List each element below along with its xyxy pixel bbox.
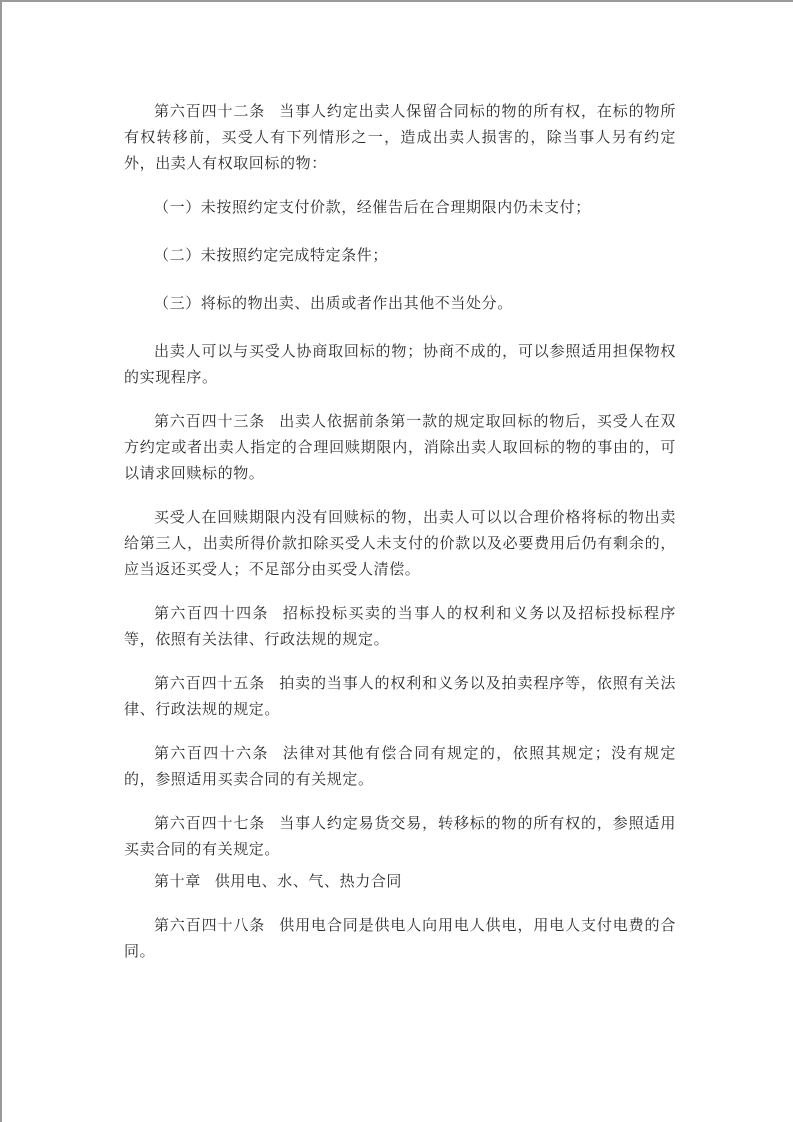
article-642: 第六百四十二条当事人约定出卖人保留合同标的物的所有权，在标的物所有权转移前，买受… xyxy=(124,98,676,176)
chapter-title: 供用电、水、气、热力合同 xyxy=(215,872,402,890)
article-number: 第六百四十四条 xyxy=(154,604,269,622)
article-number: 第六百四十五条 xyxy=(154,674,265,692)
article-number: 第六百四十八条 xyxy=(154,916,265,934)
article-number: 第六百四十六条 xyxy=(154,744,269,762)
article-643: 第六百四十三条出卖人依据前条第一款的规定取回标的物后，买受人在双方约定或者出卖人… xyxy=(124,408,676,486)
article-648: 第六百四十八条供用电合同是供电人向用电人供电，用电人支付电费的合同。 xyxy=(124,912,676,964)
article-number: 第六百四十三条 xyxy=(154,412,265,430)
article-647: 第六百四十七条当事人约定易货交易，转移标的物的所有权的，参照适用买卖合同的有关规… xyxy=(124,810,676,862)
list-item-1: （一）未按照约定支付价款，经催告后在合理期限内仍未支付； xyxy=(124,194,676,220)
article-644: 第六百四十四条招标投标买卖的当事人的权利和义务以及招标投标程序等，依照有关法律、… xyxy=(124,600,676,652)
paragraph-text: 出卖人可以与买受人协商取回标的物；协商不成的，可以参照适用担保物权的实现程序。 xyxy=(124,338,676,390)
document-body: 第六百四十二条当事人约定出卖人保留合同标的物的所有权，在标的物所有权转移前，买受… xyxy=(124,98,676,982)
paragraph-text: 买受人在回赎期限内没有回赎标的物，出卖人可以以合理价格将标的物出卖给第三人，出卖… xyxy=(124,504,676,582)
article-646: 第六百四十六条法律对其他有偿合同有规定的，依照其规定；没有规定的，参照适用买卖合… xyxy=(124,740,676,792)
document-page: 第六百四十二条当事人约定出卖人保留合同标的物的所有权，在标的物所有权转移前，买受… xyxy=(0,0,793,1122)
article-645: 第六百四十五条拍卖的当事人的权利和义务以及拍卖程序等，依照有关法律、行政法规的规… xyxy=(124,670,676,722)
chapter-heading: 第十章供用电、水、气、热力合同 xyxy=(124,868,676,894)
chapter-number: 第十章 xyxy=(154,872,201,890)
article-number: 第六百四十七条 xyxy=(154,814,265,832)
list-item-2: （二）未按照约定完成特定条件； xyxy=(124,242,676,268)
list-item-3: （三）将标的物出卖、出质或者作出其他不当处分。 xyxy=(124,290,676,316)
article-number: 第六百四十二条 xyxy=(154,102,265,120)
